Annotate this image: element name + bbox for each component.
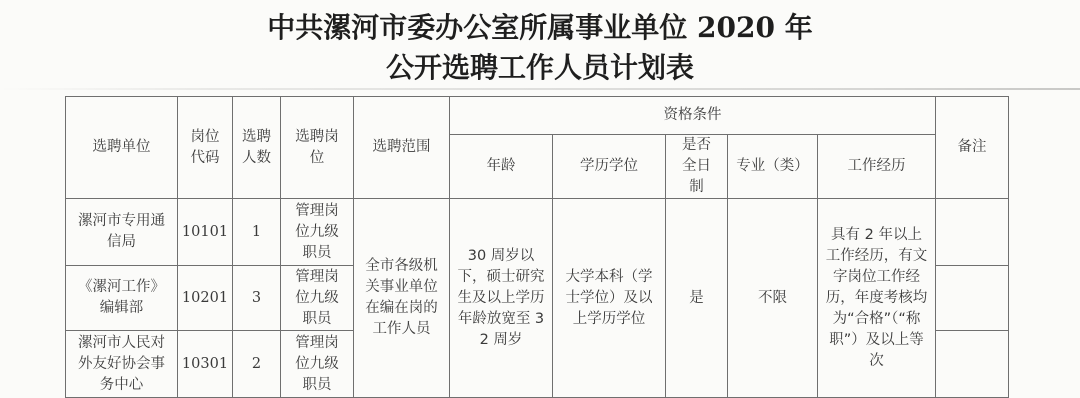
- header-scope: 选聘范围: [354, 97, 450, 199]
- cell-code: 10301: [178, 331, 233, 398]
- cell-experience: 具有 2 年以上工作经历，有文字岗位工作经历，年度考核均为“合格”（“称职”）及…: [818, 199, 936, 398]
- cell-unit: 漯河市专用通信局: [66, 199, 178, 266]
- cell-education: 大学本科（学士学位）及以上学历学位: [553, 199, 666, 398]
- header-education: 学历学位: [553, 135, 666, 199]
- table-row: 漯河市专用通信局 10101 1 管理岗位九级职员 全市各级机关事业单位在编在岗…: [66, 199, 1009, 266]
- cell-code: 10201: [178, 266, 233, 331]
- scan-edge-divider: [0, 88, 1080, 90]
- document-title-line2: 公开选聘工作人员计划表: [0, 46, 1080, 86]
- header-qualifications: 资格条件: [450, 97, 936, 135]
- cell-position: 管理岗位九级职员: [281, 331, 354, 398]
- cell-count: 2: [233, 331, 281, 398]
- cell-count: 3: [233, 266, 281, 331]
- cell-fulltime: 是: [666, 199, 728, 398]
- document-title-line1: 中共漯河市委办公室所属事业单位 2020 年: [0, 6, 1080, 46]
- cell-age: 30 周岁以下，硕士研究生及以上学历年龄放宽至 32 周岁: [450, 199, 553, 398]
- header-row-1: 选聘单位 岗位代码 选聘人数 选聘岗位 选聘范围 资格条件 备注: [66, 97, 1009, 135]
- cell-count: 1: [233, 199, 281, 266]
- header-remarks: 备注: [936, 97, 1009, 199]
- cell-unit: 《漯河工作》编辑部: [66, 266, 178, 331]
- cell-position: 管理岗位九级职员: [281, 199, 354, 266]
- cell-unit: 漯河市人民对外友好协会事务中心: [66, 331, 178, 398]
- cell-remarks: [936, 331, 1009, 398]
- header-experience: 工作经历: [818, 135, 936, 199]
- header-unit: 选聘单位: [66, 97, 178, 199]
- header-fulltime: 是否全日制: [666, 135, 728, 199]
- cell-scope: 全市各级机关事业单位在编在岗的工作人员: [354, 199, 450, 398]
- header-code: 岗位代码: [178, 97, 233, 199]
- header-position: 选聘岗位: [281, 97, 354, 199]
- header-major: 专业（类）: [728, 135, 818, 199]
- cell-code: 10101: [178, 199, 233, 266]
- cell-remarks: [936, 199, 1009, 266]
- cell-major: 不限: [728, 199, 818, 398]
- header-count: 选聘人数: [233, 97, 281, 199]
- cell-position: 管理岗位九级职员: [281, 266, 354, 331]
- header-age: 年龄: [450, 135, 553, 199]
- recruitment-plan-table: 选聘单位 岗位代码 选聘人数 选聘岗位 选聘范围 资格条件 备注 年龄 学历学位…: [65, 96, 1009, 398]
- cell-remarks: [936, 266, 1009, 331]
